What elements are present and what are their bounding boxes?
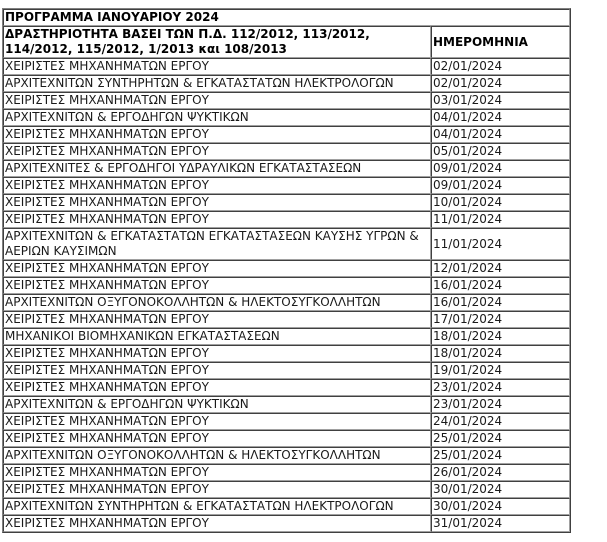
table-row: ΧΕΙΡΙΣΤΕΣ ΜΗΧΑΝΗΜΑΤΩΝ ΕΡΓΟΥ10/01/2024 — [3, 194, 570, 211]
table-row: ΧΕΙΡΙΣΤΕΣ ΜΗΧΑΝΗΜΑΤΩΝ ΕΡΓΟΥ17/01/2024 — [3, 311, 570, 328]
activity-cell: ΧΕΙΡΙΣΤΕΣ ΜΗΧΑΝΗΜΑΤΩΝ ΕΡΓΟΥ — [3, 143, 431, 160]
table-row: ΧΕΙΡΙΣΤΕΣ ΜΗΧΑΝΗΜΑΤΩΝ ΕΡΓΟΥ19/01/2024 — [3, 362, 570, 379]
activity-cell: ΧΕΙΡΙΣΤΕΣ ΜΗΧΑΝΗΜΑΤΩΝ ΕΡΓΟΥ — [3, 362, 431, 379]
date-cell: 25/01/2024 — [431, 430, 570, 447]
activity-cell: ΧΕΙΡΙΣΤΕΣ ΜΗΧΑΝΗΜΑΤΩΝ ΕΡΓΟΥ — [3, 430, 431, 447]
activity-cell: ΧΕΙΡΙΣΤΕΣ ΜΗΧΑΝΗΜΑΤΩΝ ΕΡΓΟΥ — [3, 194, 431, 211]
table-row: ΧΕΙΡΙΣΤΕΣ ΜΗΧΑΝΗΜΑΤΩΝ ΕΡΓΟΥ24/01/2024 — [3, 413, 570, 430]
activity-cell: ΧΕΙΡΙΣΤΕΣ ΜΗΧΑΝΗΜΑΤΩΝ ΕΡΓΟΥ — [3, 311, 431, 328]
date-cell: 16/01/2024 — [431, 277, 570, 294]
table-row: ΧΕΙΡΙΣΤΕΣ ΜΗΧΑΝΗΜΑΤΩΝ ΕΡΓΟΥ03/01/2024 — [3, 92, 570, 109]
table-row: ΑΡΧΙΤΕΧΝΙΤΩΝ ΟΞΥΓΟΝΟΚΟΛΛΗΤΩΝ & ΗΛΕΚΤΟΣΥΓ… — [3, 447, 570, 464]
table-row: ΧΕΙΡΙΣΤΕΣ ΜΗΧΑΝΗΜΑΤΩΝ ΕΡΓΟΥ09/01/2024 — [3, 177, 570, 194]
activity-cell: ΑΡΧΙΤΕΧΝΙΤΩΝ & ΕΓΚΑΤΑΣΤΑΤΩΝ ΕΓΚΑΤΑΣΤΑΣΕΩ… — [3, 228, 431, 260]
date-cell: 31/01/2024 — [431, 515, 570, 532]
date-cell: 19/01/2024 — [431, 362, 570, 379]
activity-cell: ΑΡΧΙΤΕΧΝΙΤΩΝ & ΕΡΓΟΔΗΓΩΝ ΨΥΚΤΙΚΩΝ — [3, 396, 431, 413]
date-cell: 30/01/2024 — [431, 498, 570, 515]
activity-cell: ΧΕΙΡΙΣΤΕΣ ΜΗΧΑΝΗΜΑΤΩΝ ΕΡΓΟΥ — [3, 277, 431, 294]
activity-cell: ΧΕΙΡΙΣΤΕΣ ΜΗΧΑΝΗΜΑΤΩΝ ΕΡΓΟΥ — [3, 464, 431, 481]
date-cell: 25/01/2024 — [431, 447, 570, 464]
date-cell: 26/01/2024 — [431, 464, 570, 481]
date-cell: 16/01/2024 — [431, 294, 570, 311]
date-cell: 11/01/2024 — [431, 211, 570, 228]
activity-cell: ΧΕΙΡΙΣΤΕΣ ΜΗΧΑΝΗΜΑΤΩΝ ΕΡΓΟΥ — [3, 126, 431, 143]
table-row: ΧΕΙΡΙΣΤΕΣ ΜΗΧΑΝΗΜΑΤΩΝ ΕΡΓΟΥ11/01/2024 — [3, 211, 570, 228]
activity-cell: ΧΕΙΡΙΣΤΕΣ ΜΗΧΑΝΗΜΑΤΩΝ ΕΡΓΟΥ — [3, 92, 431, 109]
date-cell: 30/01/2024 — [431, 481, 570, 498]
table-row: ΑΡΧΙΤΕΧΝΙΤΩΝ ΣΥΝΤΗΡΗΤΩΝ & ΕΓΚΑΤΑΣΤΑΤΩΝ Η… — [3, 498, 570, 515]
activity-cell: ΧΕΙΡΙΣΤΕΣ ΜΗΧΑΝΗΜΑΤΩΝ ΕΡΓΟΥ — [3, 379, 431, 396]
table-row: ΧΕΙΡΙΣΤΕΣ ΜΗΧΑΝΗΜΑΤΩΝ ΕΡΓΟΥ31/01/2024 — [3, 515, 570, 532]
table-row: ΧΕΙΡΙΣΤΕΣ ΜΗΧΑΝΗΜΑΤΩΝ ΕΡΓΟΥ05/01/2024 — [3, 143, 570, 160]
table-row: ΧΕΙΡΙΣΤΕΣ ΜΗΧΑΝΗΜΑΤΩΝ ΕΡΓΟΥ26/01/2024 — [3, 464, 570, 481]
date-cell: 04/01/2024 — [431, 126, 570, 143]
table-row: ΑΡΧΙΤΕΧΝΙΤΕΣ & ΕΡΓΟΔΗΓΟΙ ΥΔΡΑΥΛΙΚΩΝ ΕΓΚΑ… — [3, 160, 570, 177]
date-cell: 24/01/2024 — [431, 413, 570, 430]
activity-cell: ΧΕΙΡΙΣΤΕΣ ΜΗΧΑΝΗΜΑΤΩΝ ΕΡΓΟΥ — [3, 345, 431, 362]
activity-cell: ΧΕΙΡΙΣΤΕΣ ΜΗΧΑΝΗΜΑΤΩΝ ΕΡΓΟΥ — [3, 481, 431, 498]
column-header-date: ΗΜΕΡΟΜΗΝΙΑ — [431, 26, 570, 58]
activity-cell: ΧΕΙΡΙΣΤΕΣ ΜΗΧΑΝΗΜΑΤΩΝ ΕΡΓΟΥ — [3, 58, 431, 75]
date-cell: 17/01/2024 — [431, 311, 570, 328]
date-cell: 09/01/2024 — [431, 177, 570, 194]
table-row: ΑΡΧΙΤΕΧΝΙΤΩΝ ΟΞΥΓΟΝΟΚΟΛΛΗΤΩΝ & ΗΛΕΚΤΟΣΥΓ… — [3, 294, 570, 311]
table-row: ΧΕΙΡΙΣΤΕΣ ΜΗΧΑΝΗΜΑΤΩΝ ΕΡΓΟΥ18/01/2024 — [3, 345, 570, 362]
table-row: ΜΗΧΑΝΙΚΟΙ ΒΙΟΜΗΧΑΝΙΚΩΝ ΕΓΚΑΤΑΣΤΑΣΕΩΝ18/0… — [3, 328, 570, 345]
title-row: ΠΡΟΓΡΑΜΜΑ ΙΑΝΟΥΑΡΙΟΥ 2024 — [3, 9, 570, 26]
table-row: ΧΕΙΡΙΣΤΕΣ ΜΗΧΑΝΗΜΑΤΩΝ ΕΡΓΟΥ23/01/2024 — [3, 379, 570, 396]
activity-cell: ΧΕΙΡΙΣΤΕΣ ΜΗΧΑΝΗΜΑΤΩΝ ΕΡΓΟΥ — [3, 211, 431, 228]
schedule-title: ΠΡΟΓΡΑΜΜΑ ΙΑΝΟΥΑΡΙΟΥ 2024 — [3, 9, 570, 26]
table-row: ΧΕΙΡΙΣΤΕΣ ΜΗΧΑΝΗΜΑΤΩΝ ΕΡΓΟΥ16/01/2024 — [3, 277, 570, 294]
activity-cell: ΑΡΧΙΤΕΧΝΙΤΩΝ ΟΞΥΓΟΝΟΚΟΛΛΗΤΩΝ & ΗΛΕΚΤΟΣΥΓ… — [3, 294, 431, 311]
activity-cell: ΑΡΧΙΤΕΧΝΙΤΩΝ ΣΥΝΤΗΡΗΤΩΝ & ΕΓΚΑΤΑΣΤΑΤΩΝ Η… — [3, 75, 431, 92]
table-row: ΧΕΙΡΙΣΤΕΣ ΜΗΧΑΝΗΜΑΤΩΝ ΕΡΓΟΥ30/01/2024 — [3, 481, 570, 498]
table-row: ΧΕΙΡΙΣΤΕΣ ΜΗΧΑΝΗΜΑΤΩΝ ΕΡΓΟΥ12/01/2024 — [3, 260, 570, 277]
activity-cell: ΑΡΧΙΤΕΧΝΙΤΩΝ & ΕΡΓΟΔΗΓΩΝ ΨΥΚΤΙΚΩΝ — [3, 109, 431, 126]
table-row: ΑΡΧΙΤΕΧΝΙΤΩΝ & ΕΡΓΟΔΗΓΩΝ ΨΥΚΤΙΚΩΝ04/01/2… — [3, 109, 570, 126]
table-row: ΧΕΙΡΙΣΤΕΣ ΜΗΧΑΝΗΜΑΤΩΝ ΕΡΓΟΥ25/01/2024 — [3, 430, 570, 447]
date-cell: 12/01/2024 — [431, 260, 570, 277]
activity-cell: ΧΕΙΡΙΣΤΕΣ ΜΗΧΑΝΗΜΑΤΩΝ ΕΡΓΟΥ — [3, 515, 431, 532]
date-cell: 18/01/2024 — [431, 345, 570, 362]
activity-cell: ΑΡΧΙΤΕΧΝΙΤΩΝ ΟΞΥΓΟΝΟΚΟΛΛΗΤΩΝ & ΗΛΕΚΤΟΣΥΓ… — [3, 447, 431, 464]
date-cell: 02/01/2024 — [431, 75, 570, 92]
date-cell: 03/01/2024 — [431, 92, 570, 109]
activity-cell: ΧΕΙΡΙΣΤΕΣ ΜΗΧΑΝΗΜΑΤΩΝ ΕΡΓΟΥ — [3, 413, 431, 430]
table-row: ΧΕΙΡΙΣΤΕΣ ΜΗΧΑΝΗΜΑΤΩΝ ΕΡΓΟΥ02/01/2024 — [3, 58, 570, 75]
activity-cell: ΑΡΧΙΤΕΧΝΙΤΩΝ ΣΥΝΤΗΡΗΤΩΝ & ΕΓΚΑΤΑΣΤΑΤΩΝ Η… — [3, 498, 431, 515]
schedule-container: ΠΡΟΓΡΑΜΜΑ ΙΑΝΟΥΑΡΙΟΥ 2024 ΔΡΑΣΤΗΡΙΟΤΗΤΑ … — [2, 8, 571, 533]
header-row: ΔΡΑΣΤΗΡΙΟΤΗΤΑ ΒΑΣΕΙ ΤΩΝ Π.Δ. 112/2012, 1… — [3, 26, 570, 58]
activity-cell: ΧΕΙΡΙΣΤΕΣ ΜΗΧΑΝΗΜΑΤΩΝ ΕΡΓΟΥ — [3, 260, 431, 277]
activity-cell: ΧΕΙΡΙΣΤΕΣ ΜΗΧΑΝΗΜΑΤΩΝ ΕΡΓΟΥ — [3, 177, 431, 194]
date-cell: 11/01/2024 — [431, 228, 570, 260]
date-cell: 02/01/2024 — [431, 58, 570, 75]
date-cell: 05/01/2024 — [431, 143, 570, 160]
date-cell: 10/01/2024 — [431, 194, 570, 211]
table-row: ΧΕΙΡΙΣΤΕΣ ΜΗΧΑΝΗΜΑΤΩΝ ΕΡΓΟΥ04/01/2024 — [3, 126, 570, 143]
activity-cell: ΑΡΧΙΤΕΧΝΙΤΕΣ & ΕΡΓΟΔΗΓΟΙ ΥΔΡΑΥΛΙΚΩΝ ΕΓΚΑ… — [3, 160, 431, 177]
date-cell: 09/01/2024 — [431, 160, 570, 177]
table-row: ΑΡΧΙΤΕΧΝΙΤΩΝ ΣΥΝΤΗΡΗΤΩΝ & ΕΓΚΑΤΑΣΤΑΤΩΝ Η… — [3, 75, 570, 92]
schedule-table: ΠΡΟΓΡΑΜΜΑ ΙΑΝΟΥΑΡΙΟΥ 2024 ΔΡΑΣΤΗΡΙΟΤΗΤΑ … — [2, 8, 571, 533]
date-cell: 18/01/2024 — [431, 328, 570, 345]
date-cell: 23/01/2024 — [431, 379, 570, 396]
date-cell: 04/01/2024 — [431, 109, 570, 126]
column-header-activity: ΔΡΑΣΤΗΡΙΟΤΗΤΑ ΒΑΣΕΙ ΤΩΝ Π.Δ. 112/2012, 1… — [3, 26, 431, 58]
table-row: ΑΡΧΙΤΕΧΝΙΤΩΝ & ΕΡΓΟΔΗΓΩΝ ΨΥΚΤΙΚΩΝ23/01/2… — [3, 396, 570, 413]
activity-cell: ΜΗΧΑΝΙΚΟΙ ΒΙΟΜΗΧΑΝΙΚΩΝ ΕΓΚΑΤΑΣΤΑΣΕΩΝ — [3, 328, 431, 345]
date-cell: 23/01/2024 — [431, 396, 570, 413]
table-row: ΑΡΧΙΤΕΧΝΙΤΩΝ & ΕΓΚΑΤΑΣΤΑΤΩΝ ΕΓΚΑΤΑΣΤΑΣΕΩ… — [3, 228, 570, 260]
